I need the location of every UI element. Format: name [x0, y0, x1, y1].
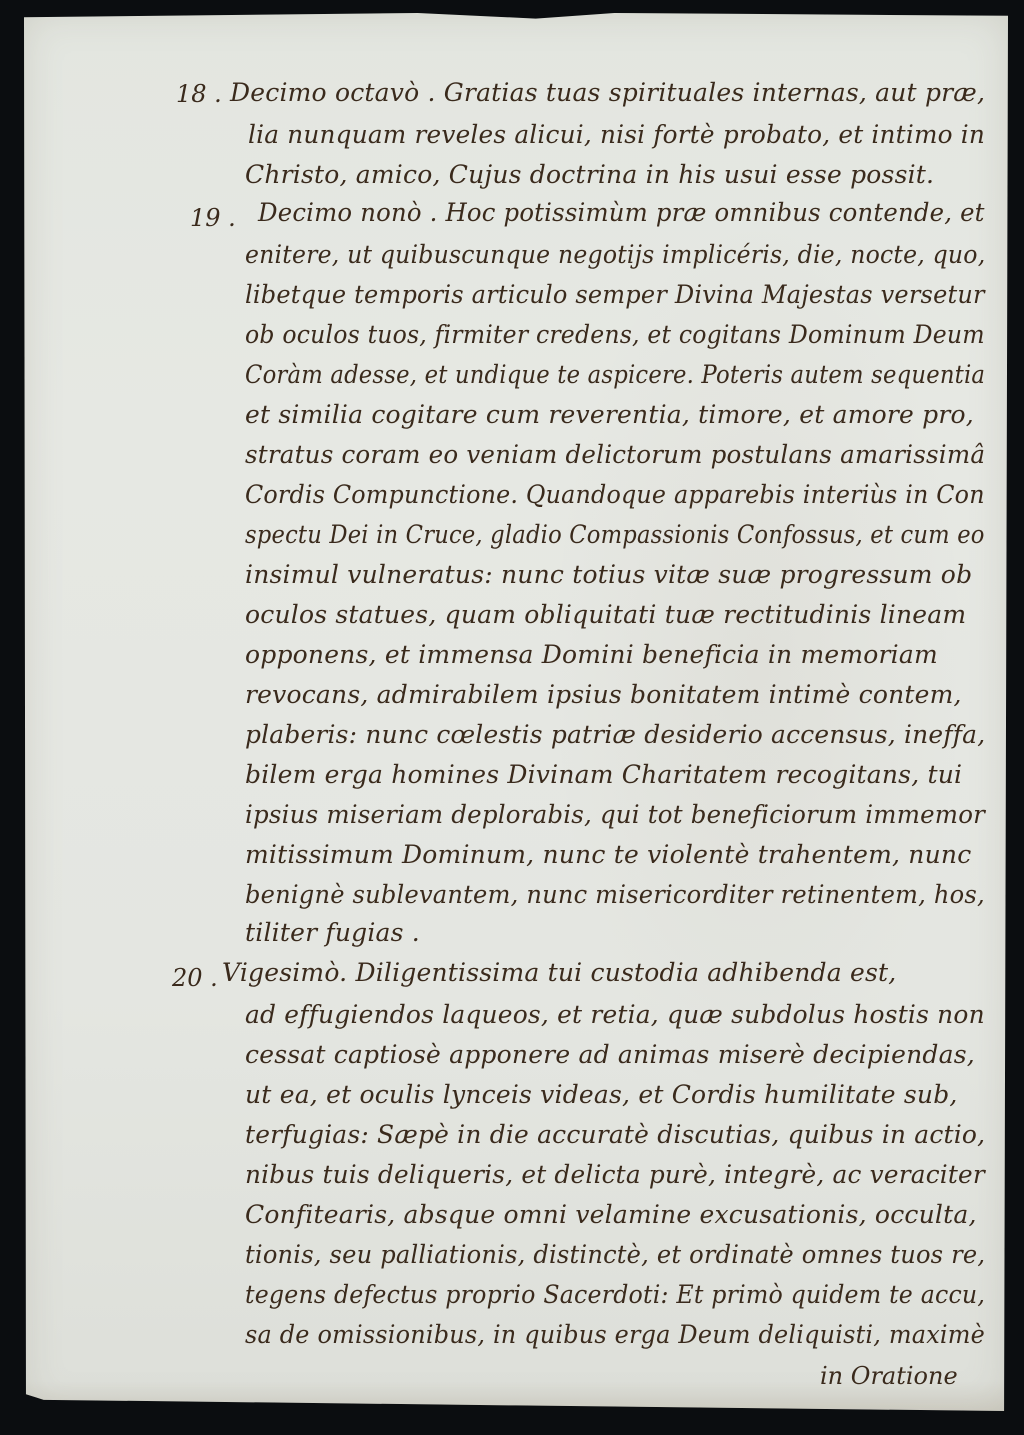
- text-line: mitissimum Dominum, nunc te violentè tra…: [245, 840, 971, 869]
- section-number-20: 20 .: [172, 964, 218, 992]
- section-number-19: 19 .: [190, 204, 236, 232]
- text-line: Confitearis, absque omni velamine excusa…: [245, 1200, 977, 1229]
- text-line: Decimo octavò . Gratias tuas spirituales…: [230, 78, 985, 107]
- text-line: libetque temporis articulo semper Divina…: [245, 280, 985, 309]
- text-line: oculos statues, quam obliquitati tuæ rec…: [245, 600, 966, 629]
- text-line: stratus coram eo veniam delictorum postu…: [245, 440, 985, 469]
- text-line: revocans, admirabilem ipsius bonitatem i…: [245, 680, 962, 709]
- text-line: tegens defectus proprio Sacerdoti: Et pr…: [245, 1280, 985, 1309]
- text-line: Cordis Compunctione. Quandoque apparebis…: [245, 480, 985, 509]
- text-line: enitere, ut quibuscunque negotijs implic…: [245, 240, 985, 269]
- text-line: cessat captiosè apponere ad animas miser…: [245, 1040, 975, 1069]
- text-line: ut ea, et oculis lynceis videas, et Cord…: [245, 1080, 958, 1109]
- catchword: in Oratione: [820, 1362, 958, 1390]
- text-line: tiliter fugias .: [245, 918, 420, 947]
- text-line: ad effugiendos laqueos, et retia, quæ su…: [245, 1000, 985, 1029]
- text-line: sa de omissionibus, in quibus erga Deum …: [245, 1320, 985, 1349]
- text-line: Vigesimò. Diligentissima tui custodia ad…: [222, 958, 896, 987]
- section-number-18: 18 .: [176, 80, 222, 108]
- text-line: opponens, et immensa Domini beneficia in…: [245, 640, 938, 669]
- text-line: spectu Dei in Cruce, gladio Compassionis…: [245, 520, 985, 549]
- text-line: benignè sublevantem, nunc misericorditer…: [245, 880, 985, 909]
- text-line: terfugias: Sæpè in die accuratè discutia…: [245, 1120, 985, 1149]
- text-line: ipsius miseriam deplorabis, qui tot bene…: [245, 800, 985, 829]
- text-line: tionis, seu palliationis, distinctè, et …: [245, 1240, 985, 1269]
- text-line: plaberis: nunc cœlestis patriæ desiderio…: [245, 720, 985, 749]
- text-line: lia nunquam reveles alicui, nisi fortè p…: [248, 120, 985, 149]
- text-line: bilem erga homines Divinam Charitatem re…: [245, 760, 962, 789]
- text-line: et similia cogitare cum reverentia, timo…: [245, 400, 974, 429]
- text-line: ob oculos tuos, firmiter credens, et cog…: [245, 320, 985, 349]
- text-line: Coràm adesse, et undique te aspicere. Po…: [245, 360, 985, 389]
- text-line: nibus tuis deliqueris, et delicta purè, …: [245, 1160, 985, 1189]
- text-line: insimul vulneratus: nunc totius vitæ suæ…: [245, 560, 972, 589]
- text-line: Decimo nonò . Hoc potissimùm præ omnibus…: [258, 198, 985, 227]
- text-line: Christo, amico, Cujus doctrina in his us…: [245, 160, 934, 189]
